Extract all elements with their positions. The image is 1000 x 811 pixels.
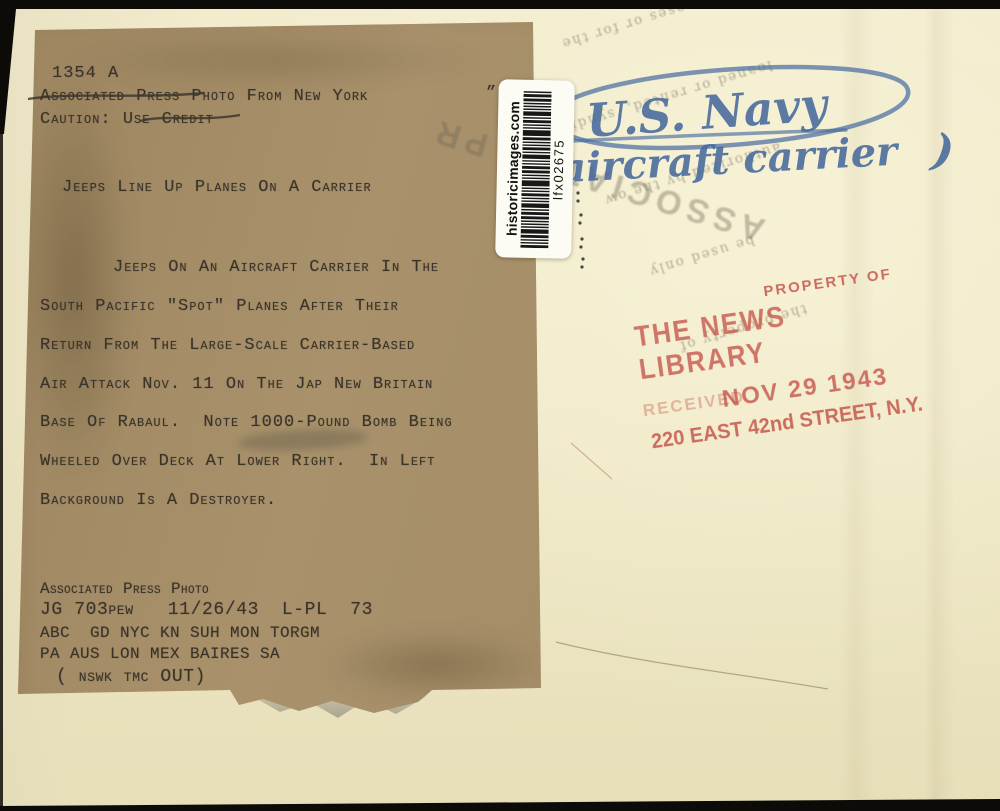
caption-footer-line: ABC GD NYC KN SUH MON TORGM [40,624,320,642]
caption-footer-line: JG 703pew 11/26/43 L-PL 73 [40,600,373,620]
caption-source-line: Associated Press Photo From New York [40,87,368,106]
caption-body-line: Wheeled Over Deck At Lower Right. In Lef… [40,452,435,471]
caption-body-line: Background Is A Destroyer. [40,491,277,510]
caption-body-line: Return From The Large-Scale Carrier-Base… [40,336,415,355]
caption-footer-line: PA AUS LON MEX BAIRES SA [40,645,280,663]
scan-border-bottom-band [0,795,1000,811]
scan-border-left-line [0,130,3,811]
scan-border-bottom [0,795,1000,811]
archive-barcode-sticker: historicimages.com lfx02675 [495,79,575,259]
barcode [520,90,551,249]
caption-body-line: South Pacific "Spot" Planes After Their [40,297,399,316]
barcode-site-text: historicimages.com [503,101,522,236]
caption-body-line: Jeeps On An Aircraft Carrier In The [113,258,439,277]
caption-title: Jeeps Line Up Planes On A Carrier [62,178,372,197]
caption-number: 1354 A [52,64,119,83]
barcode-code-text: lfx02675 [550,139,566,200]
caption-footer-line: ( nswk tmc OUT) [56,667,206,687]
scan-border-top [0,0,1000,9]
caption-caution-line: Caution: Use Credit [40,110,214,129]
struck-word: Use [123,110,151,129]
caption-footer-line: Associated Press Photo [40,580,209,598]
barcode-sticker-content: historicimages.com lfx02675 [498,83,572,254]
caption-body-line: Air Attack Nov. 11 On The Jap New Britai… [40,375,433,394]
struck-word: Associated [40,87,125,106]
caption-body-line: Base Of Rabaul. Note 1000-Pound Bomb Bei… [40,413,453,432]
photo-back-scan: 1354 A Associated Press Photo From New Y… [0,0,1000,811]
